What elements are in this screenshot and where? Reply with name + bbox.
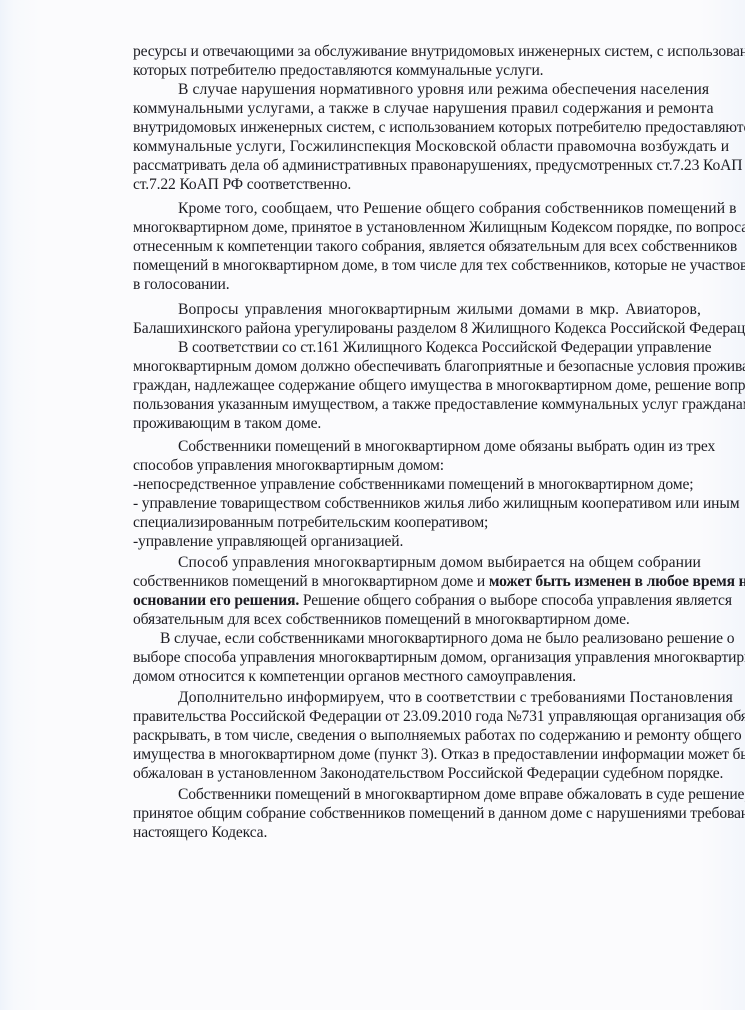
lower-text-block: /* re-map tops for lower section to matc…: [0, 0, 745, 1024]
page-bottom-margin: [0, 1010, 745, 1024]
